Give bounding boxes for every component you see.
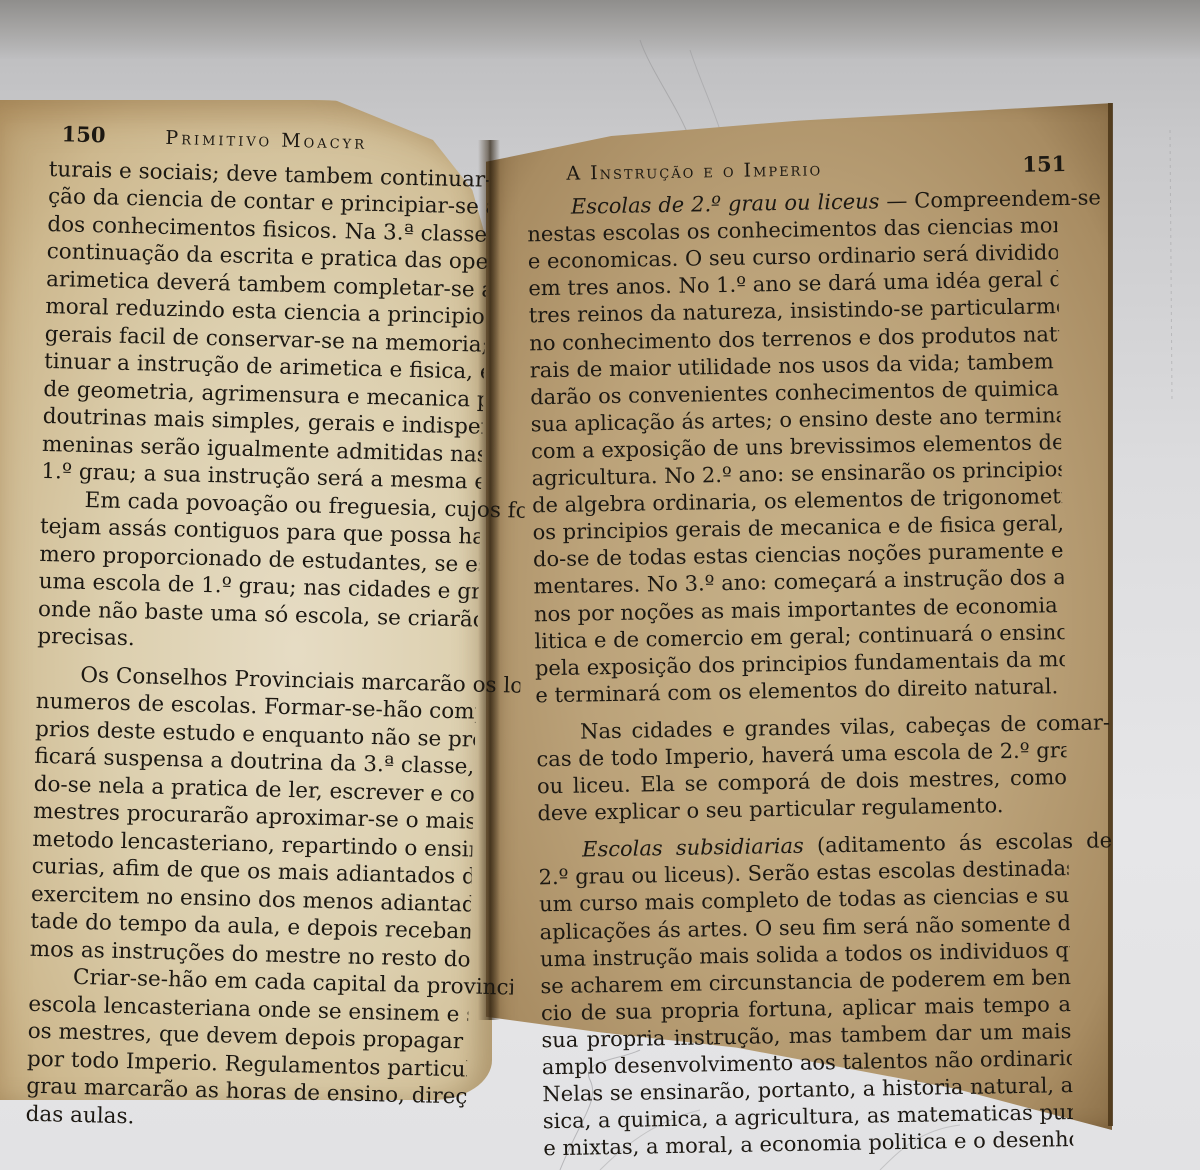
section-heading: Escolas subsidiarias: [582, 834, 804, 862]
left-running-head: 150 Primitivo Moacyr: [49, 120, 500, 160]
paragraph: Nas cidades e grandes vilas, cabeças de …: [536, 710, 1078, 828]
text-fragment: — Compreendem-se: [879, 185, 1101, 213]
right-page-edge: [1108, 103, 1113, 1126]
paragraph: Escolas subsidiarias (aditamento ás esco…: [538, 828, 1084, 1162]
text-fragment: (aditamento ás escolas de: [804, 829, 1113, 858]
paragraph: turais e sociais; deve tambem continuar-…: [41, 155, 499, 496]
table-surface-shadow: [0, 0, 1200, 60]
running-head-author: Primitivo Moacyr: [165, 125, 367, 157]
page-number: 150: [61, 120, 106, 149]
paragraph: Em cada povoação ou freguesia, cujos fog…: [37, 485, 491, 661]
left-page-text: 150 Primitivo Moacyr turais e sociais; d…: [25, 120, 499, 1139]
right-page-text: A Instrução e o Imperio 151 Escolas de 2…: [526, 150, 1083, 1163]
page-number: 151: [1022, 150, 1066, 178]
paragraph: Os Conselhos Provinciais marcarão os log…: [29, 660, 486, 973]
section-heading: Escolas de 2.º grau ou liceus: [571, 189, 880, 218]
paragraph: Escolas de 2.º grau ou liceus — Compreen…: [527, 185, 1076, 709]
paragraph: Criar-se-hão em cada capital da provinci…: [25, 963, 479, 1139]
running-head-title: A Instrução e o Imperio: [566, 156, 822, 188]
